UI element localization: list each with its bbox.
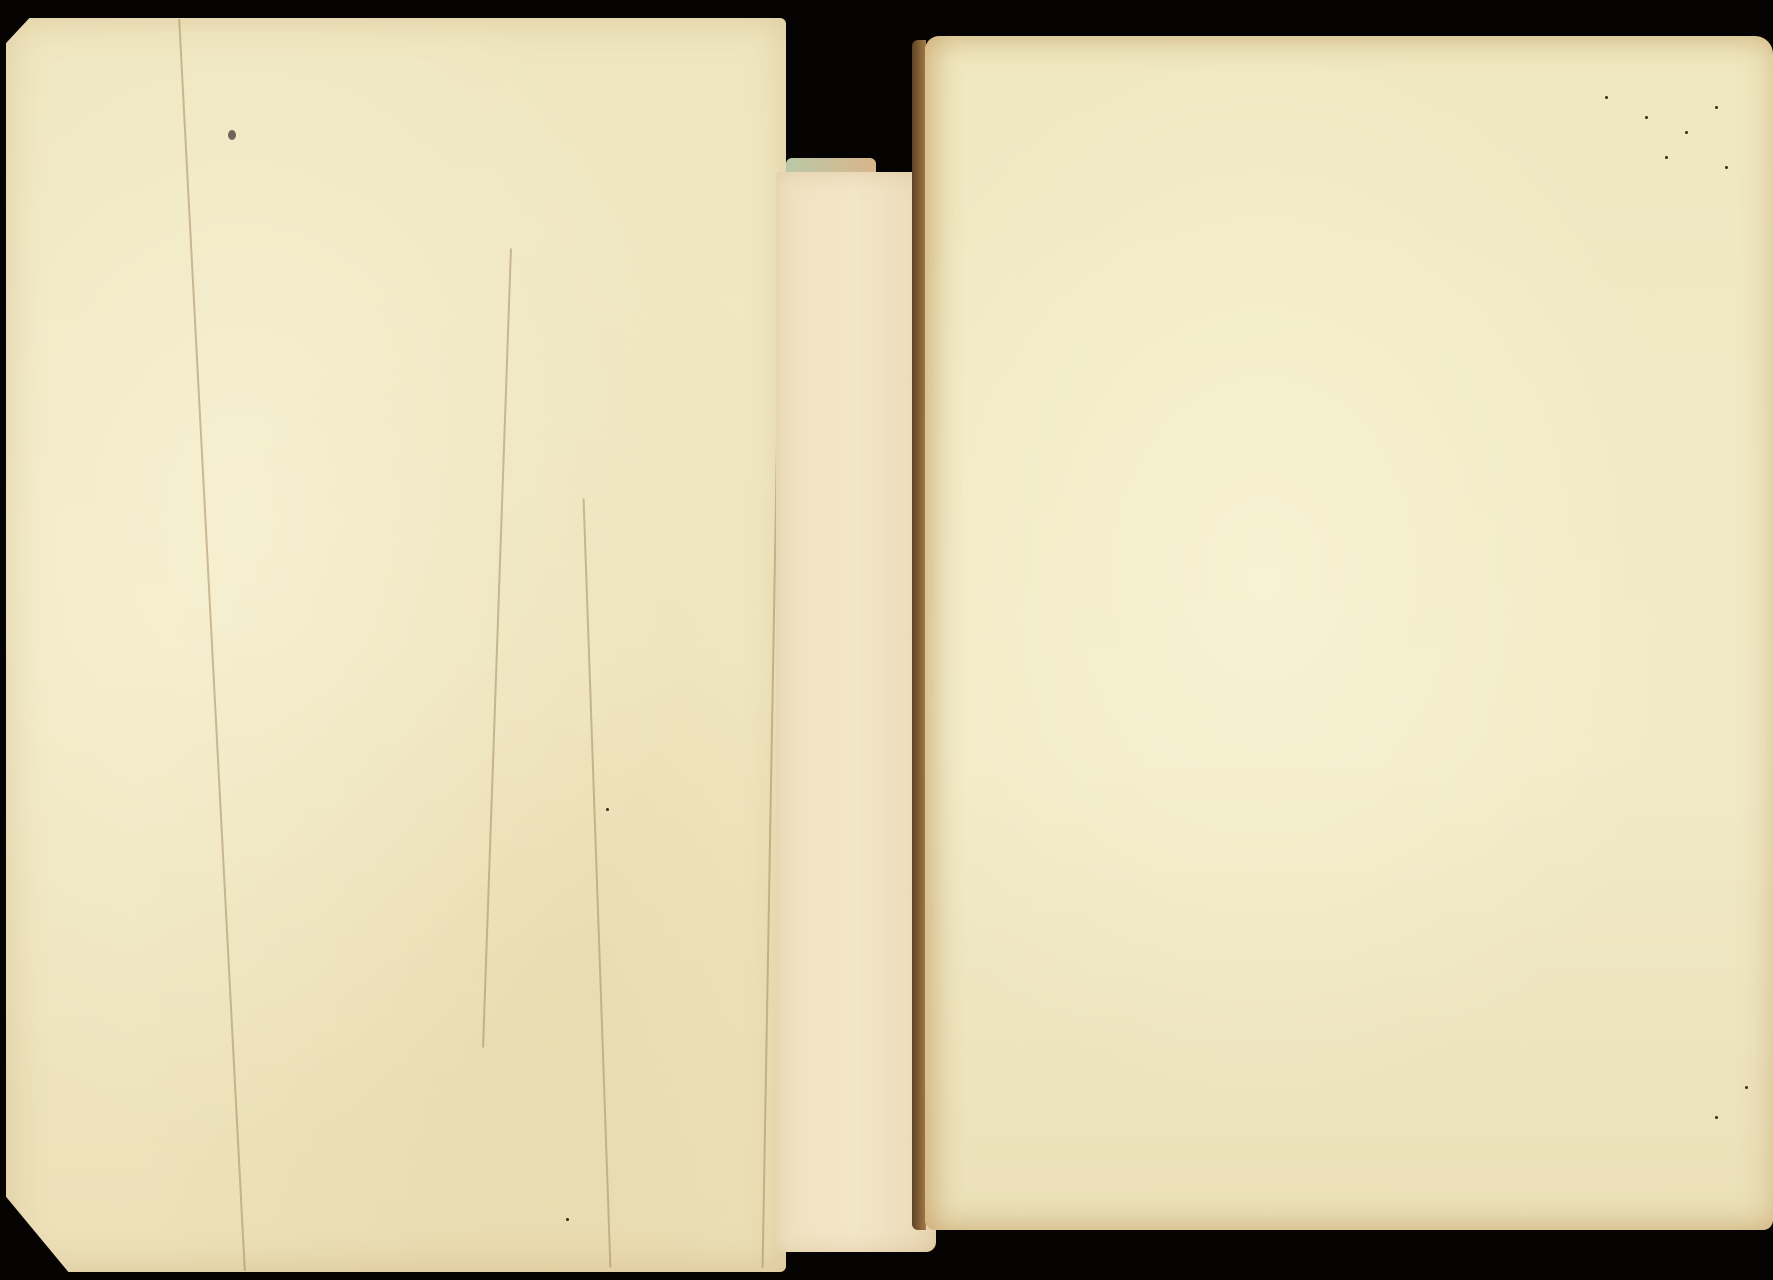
foxing-speck	[1605, 96, 1608, 99]
foxing-speck	[1715, 1116, 1718, 1119]
foxing-speck	[1685, 131, 1688, 134]
left-blank-page	[6, 18, 786, 1272]
ink-speck	[566, 1218, 569, 1221]
foxing-speck	[1745, 1086, 1748, 1089]
right-blank-page	[925, 36, 1773, 1230]
paper-crease	[178, 19, 246, 1271]
ink-speck	[228, 130, 236, 140]
foxing-speck	[1725, 166, 1728, 169]
ink-speck	[606, 808, 609, 811]
book-spine	[912, 40, 926, 1230]
foxing-speck	[1715, 106, 1718, 109]
foxing-speck	[1645, 116, 1648, 119]
paper-crease	[482, 248, 512, 1048]
paper-crease	[583, 498, 612, 1268]
foxing-speck	[1665, 156, 1668, 159]
